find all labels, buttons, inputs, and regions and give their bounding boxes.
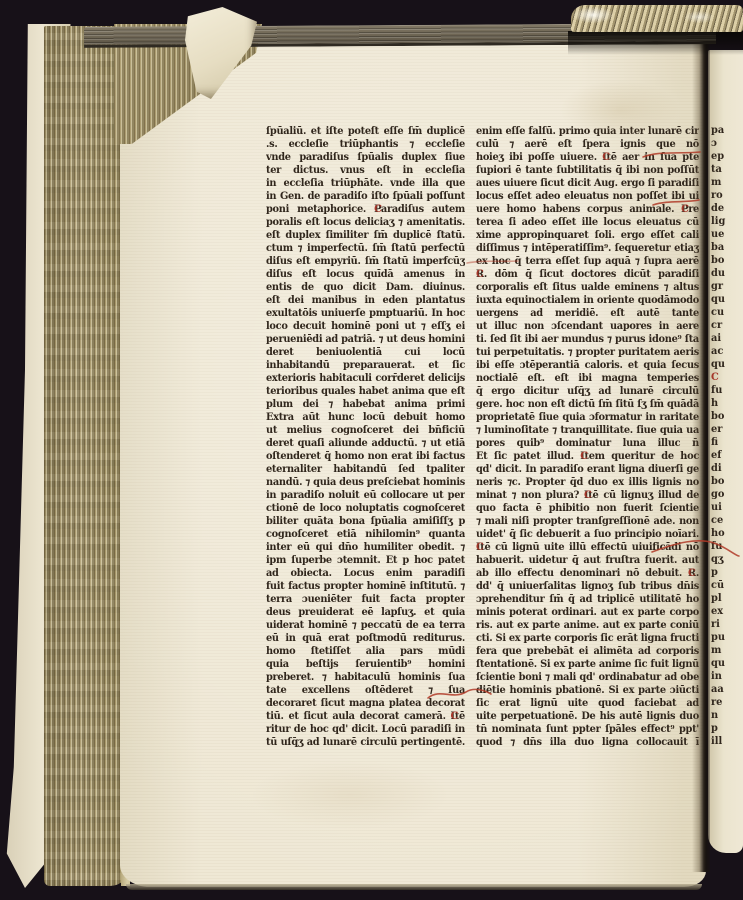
text-line: ro — [711, 189, 743, 202]
pilcrow-mark: C — [476, 268, 484, 281]
text-line: cr — [711, 319, 743, 332]
text-column-left: ſpūaliū. et iſte poteſt eſſe ſm̄ duplicē… — [266, 125, 465, 749]
text-line: terra ɔueniēter fuit facta propter hoieʒ… — [266, 593, 465, 606]
text-line: aa — [711, 683, 743, 696]
text-line: p — [711, 566, 743, 579]
text-line: ſtentationē. Si ex parte anime ſic fuit … — [476, 658, 699, 671]
text-line: ritur de hoc qd' dicit. Locū paradiſi in… — [266, 723, 465, 736]
text-line: ſcientie boni ⁊ mali qd' ordinabatur ad … — [476, 671, 699, 684]
text-line: cognoſceret etiā nihilomin⁹ quanta eēt d… — [266, 528, 465, 541]
text-line: Extra aūt hunc locū debuit homo produci — [266, 411, 465, 424]
text-line: p — [711, 722, 743, 735]
text-line: proprietatē ſiue quia ɔformatur in rarit… — [476, 411, 699, 424]
text-line: ri — [711, 618, 743, 631]
text-line: uere homo habens corpus animale. CPre — [476, 203, 699, 216]
text-line: ipm ſuperbe ɔtemnit. Et p hoc patet rn̄ſ… — [266, 554, 465, 567]
text-line: uergens ad meridiē. eſt autē tante altit… — [476, 307, 699, 320]
text-line: gere. hoc non eſt dictū ſm̄ ſitū ſʒ ſm̄ … — [476, 398, 699, 411]
text-line: diſſimus ⁊ intēperatiſſim⁹. ſequeretur e… — [476, 242, 699, 255]
text-line: corporalis eſt ſitus ualde eminens ⁊ alt… — [476, 281, 699, 294]
text-line: ⁊ luminoſitate ⁊ tranquillitate. ſiue qu… — [476, 424, 699, 437]
text-line: pores quib⁹ dominatur luna illuc n̄ ptin… — [476, 437, 699, 450]
text-line: qd' dicit. In paradiſo erant ligna diuer… — [476, 463, 699, 476]
text-line: minis poterat ordinari. aut ex parte cor… — [476, 606, 699, 619]
text-line: uidet' q̄ ſic debuerit a ſuo principio n… — [476, 528, 699, 541]
text-line: ɔprehenditur ſm̄ q̄ ad triplicē utilitat… — [476, 593, 699, 606]
text-line: du — [711, 267, 743, 280]
text-line: neris ⁊c. Propter q̄d duo ex illis ligni… — [476, 476, 699, 489]
text-line: ex hoc q̄ terra eſſet ſup aquā ⁊ ſupra a… — [476, 255, 699, 268]
text-line: ut illuc non ɔſcendant uapores in aere e… — [476, 320, 699, 333]
text-line: ef — [711, 449, 743, 462]
text-line: perueniēdi ad patriā. ⁊ ut deus homini o… — [266, 333, 465, 346]
text-line: h — [711, 397, 743, 410]
text-line: tiū. et ſicut aula decorat camerā. CItē … — [266, 710, 465, 723]
text-line: loco decuit hominē poni ut ⁊ eſſʒ ei fac… — [266, 320, 465, 333]
paper-stain — [250, 760, 450, 830]
pilcrow-mark: C — [580, 450, 588, 463]
text-line: ba — [711, 241, 743, 254]
text-line: ill — [711, 735, 743, 748]
text-line: CR̄. dōm q̄ ſicut doctores dicūt paradiſ… — [476, 268, 699, 281]
text-line: CItē cū lignū uite illū effectū uiuificā… — [476, 541, 699, 554]
text-line: re — [711, 696, 743, 709]
page-block-fore-edge — [44, 26, 130, 886]
text-line: ⁊ mali niſi propter tranſgreſſionē ade. … — [476, 515, 699, 528]
text-line: ut melius cognoſceret dei bn̄ficiū dum ſ… — [266, 424, 465, 437]
text-line: exterioris habitaculi corr̄deret delicij… — [266, 372, 465, 385]
text-line: hoieʒ ibi poſſe uiuere. CItē aer in ſua … — [476, 151, 699, 164]
text-line: locus eſſet adeo eleuatus non poſſet ibi… — [476, 190, 699, 203]
text-line: aues uiuere ſicut dicit Aug. ergo ſi par… — [476, 177, 699, 190]
text-line: qu — [711, 657, 743, 670]
text-line: qʒ — [711, 553, 743, 566]
text-line: in paradiſo noluit eū collocare ut per e… — [266, 489, 465, 502]
text-line: quia beſtijs ſeruientib⁹ homini habitacu… — [266, 658, 465, 671]
text-line: entis de quo dicit Dam. diuinus. Paradiſ… — [266, 281, 465, 294]
text-line: ſupiori ē tante ſubtilitatis q̄ ibi non … — [476, 164, 699, 177]
text-line: fu — [711, 540, 743, 553]
facing-page-text-fragments: paɔeptamrodeliguebabodugrqucucraiacquCfu… — [711, 124, 743, 754]
text-line: ac — [711, 345, 743, 358]
text-line: C — [711, 371, 743, 384]
text-line: ter dictus. vnus eſt in eccleſia militāt… — [266, 164, 465, 177]
text-line: ſpūaliū. et iſte poteſt eſſe ſm̄ duplicē… — [266, 125, 465, 138]
pilcrow-mark: C — [602, 151, 610, 164]
headband — [571, 5, 743, 32]
text-line: ris. aut ex parte anime. aut ex parte co… — [476, 619, 699, 632]
text-line: exultatōis uniuerſe pmptuariū. In hoc aū… — [266, 307, 465, 320]
text-line: diſus eſt locus quīdā amenus in partib⁹ … — [266, 268, 465, 281]
text-line: pa — [711, 124, 743, 137]
text-line: in eccleſia triūphāte. vnde illa que dic… — [266, 177, 465, 190]
text-line: ctum ⁊ imperfectū. ſm̄ ſtatū perfectū pa… — [266, 242, 465, 255]
text-line: eſt duplex ſimiliter ſm̄ duplicē ſtatū. … — [266, 229, 465, 242]
text-line: bo — [711, 254, 743, 267]
gutter-shadow — [692, 40, 710, 872]
text-line: ibi eſſe ɔtēperantiā caloris. et quia ſe… — [476, 359, 699, 372]
text-line: ce — [711, 514, 743, 527]
text-line: fu — [711, 384, 743, 397]
text-line: oſtenderet q̄ homo non erat ibi factus a… — [266, 450, 465, 463]
text-line: ho — [711, 527, 743, 540]
text-line: iuxta equinoctialem in oriente quodāmodo — [476, 294, 699, 307]
text-line: m — [711, 176, 743, 189]
text-line: diſus eſt empyriū. ſm̄ ſtatū imperfcūʒ p… — [266, 255, 465, 268]
text-line: vnde paradiſus ſpūalis duplex ſiue dupli… — [266, 151, 465, 164]
text-line: diētie hominis pbationē. Si ex parte ɔiū… — [476, 684, 699, 697]
text-line: nandū. ⁊ quia deus preſciebat hominis ca… — [266, 476, 465, 489]
text-line: cti. Si ex parte corporis ſic erāt ligna… — [476, 632, 699, 645]
text-line: noctialē eſt. eſt ibi magna temperies tē… — [476, 372, 699, 385]
text-line: tū uſq̄ʒ ad lunarē circulū pertingentē. … — [266, 736, 465, 749]
text-line: dd' q̄ uniuerſalitas lignoʒ ſub tribus d… — [476, 580, 699, 593]
text-line: ɔ — [711, 137, 743, 150]
text-line: terea ſi adeo eſſet ille locus eleuatus … — [476, 216, 699, 229]
text-line: tui perpetuitatis. ⁊ propter puritatem a… — [476, 346, 699, 359]
text-line: preberet. ⁊ habitaculū hominis ſua infer… — [266, 671, 465, 684]
text-line: ta — [711, 163, 743, 176]
text-column-right: enim eſſe falſū. primo quia inter lunarē… — [476, 125, 699, 749]
text-line: eternaliter habitandū ſed tpaliter pereg… — [266, 463, 465, 476]
text-line: xime appropinquaret ſoli. ergo eſſet cal… — [476, 229, 699, 242]
text-line: di — [711, 462, 743, 475]
text-line: ui — [711, 501, 743, 514]
pilcrow-mark: C — [451, 710, 459, 723]
text-line: eū in quā erat poſtmodū rediturus. nec t… — [266, 632, 465, 645]
text-line: ex — [711, 605, 743, 618]
text-line: ad obiecta. Locus enim paradiſi ɔueniēte… — [266, 567, 465, 580]
text-line: ue — [711, 228, 743, 241]
text-line: de — [711, 202, 743, 215]
text-line: deus preuiderat eē lapſuʒ. et quia ſimul… — [266, 606, 465, 619]
text-line: quod ⁊ dn̄s illa duo ligna collocauit ī … — [476, 736, 699, 749]
text-line: go — [711, 488, 743, 501]
text-line: ti. ſed ſit ibi aer mundus ⁊ purus idone… — [476, 333, 699, 346]
text-line: cu — [711, 306, 743, 319]
text-line: fuit factus propter hominē inſtitutū. ⁊ … — [266, 580, 465, 593]
text-line: qu — [711, 293, 743, 306]
text-line: ſic erat lignū uite quod faciebat ad hum… — [476, 697, 699, 710]
text-line: q̄ ergo dicitur uſq̄ʒ ad lunarē circulū … — [476, 385, 699, 398]
text-line: pl — [711, 592, 743, 605]
text-line: lig — [711, 215, 743, 228]
text-line: terioribus quales habet anima que eſt te… — [266, 385, 465, 398]
text-line: tate excellens oſtēderet ⁊ ſua magnitudi… — [266, 684, 465, 697]
text-line: inhabitandū preparauerat. et ſic amenita… — [266, 359, 465, 372]
text-line: poralis eſt locus deliciaʒ ⁊ amenitatis.… — [266, 216, 465, 229]
text-line: Et ſic patet illud. CItem queritur de ho… — [476, 450, 699, 463]
text-line: qu — [711, 358, 743, 371]
text-line: uite perpetuationē. De his autē lignis d… — [476, 710, 699, 723]
text-line: ai — [711, 332, 743, 345]
text-line: bo — [711, 475, 743, 488]
text-line: decoraret ſicut magna platea decorat pal… — [266, 697, 465, 710]
text-line: fi — [711, 436, 743, 449]
pilcrow-mark: C — [476, 541, 484, 554]
pilcrow-mark: C — [681, 203, 689, 216]
text-line: minat ⁊ non plura? CItē cū lignuʒ illud … — [476, 489, 699, 502]
text-line: biliter quāta bona ſpūalia amiſiſſʒ p cu… — [266, 515, 465, 528]
text-line: tn̄ nominata ſunt ppter ſpāles effect⁹ p… — [476, 723, 699, 736]
photo-of-open-book: ſpūaliū. et iſte poteſt eſſe ſm̄ duplicē… — [0, 0, 743, 900]
text-line: in Gen. de paradiſo iſto ſpūali poſſunt … — [266, 190, 465, 203]
left-book-page: ſpūaliū. et iſte poteſt eſſe ſm̄ duplicē… — [120, 38, 706, 887]
text-line: ctionē de loco noluptatis cognoſceret ſe… — [266, 502, 465, 515]
text-line: habuerit. uidetur q̄ aut fruſtra fuerit.… — [476, 554, 699, 567]
text-line: gr — [711, 280, 743, 293]
text-line: in — [711, 670, 743, 683]
text-line: poni metaphorice. CParadiſus autem cor — [266, 203, 465, 216]
text-line: ab illo effectu denominari nō debuit. CR… — [476, 567, 699, 580]
text-line: pu — [711, 631, 743, 644]
facing-page-sliver: paɔeptamrodeliguebabodugrqucucraiacquCfu… — [708, 50, 743, 853]
text-line: quo facta ē phibitio non fuerit ſcientie… — [476, 502, 699, 515]
text-line: deret quaſi aliunde adductū. ⁊ ut etiā p… — [266, 437, 465, 450]
text-line: cū — [711, 579, 743, 592]
text-line: .s. eccleſie triūphantis ⁊ eccleſie mili… — [266, 138, 465, 151]
text-line: homo ſtetiſſet alia pars mūdi ſuperfluer… — [266, 645, 465, 658]
text-line: plum dei ⁊ habebat anima primi hominis. — [266, 398, 465, 411]
pilcrow-mark: C — [584, 489, 592, 502]
text-line: culū ⁊ aerē eſt ſpera ignis que nō pater… — [476, 138, 699, 151]
pilcrow-mark: C — [711, 371, 719, 384]
text-line: inter eū qui dn̄o humiliter obedit. ⁊ eu… — [266, 541, 465, 554]
text-line: bo — [711, 410, 743, 423]
pilcrow-mark: C — [374, 203, 382, 216]
headband-shadow — [568, 31, 743, 55]
text-line: uiderat hominē ⁊ peccatū de ea terra ſūp… — [266, 619, 465, 632]
paper-stain — [560, 80, 680, 140]
text-line: fera que prebebāt ei alimēta ad corporis… — [476, 645, 699, 658]
text-line: er — [711, 423, 743, 436]
text-line: deret beniuolentiā cui locū ameniſſimū a… — [266, 346, 465, 359]
text-line: m — [711, 644, 743, 657]
text-line: ep — [711, 150, 743, 163]
text-line: n — [711, 709, 743, 722]
text-line: eſt dei manibus in eden plantatus gaudij… — [266, 294, 465, 307]
